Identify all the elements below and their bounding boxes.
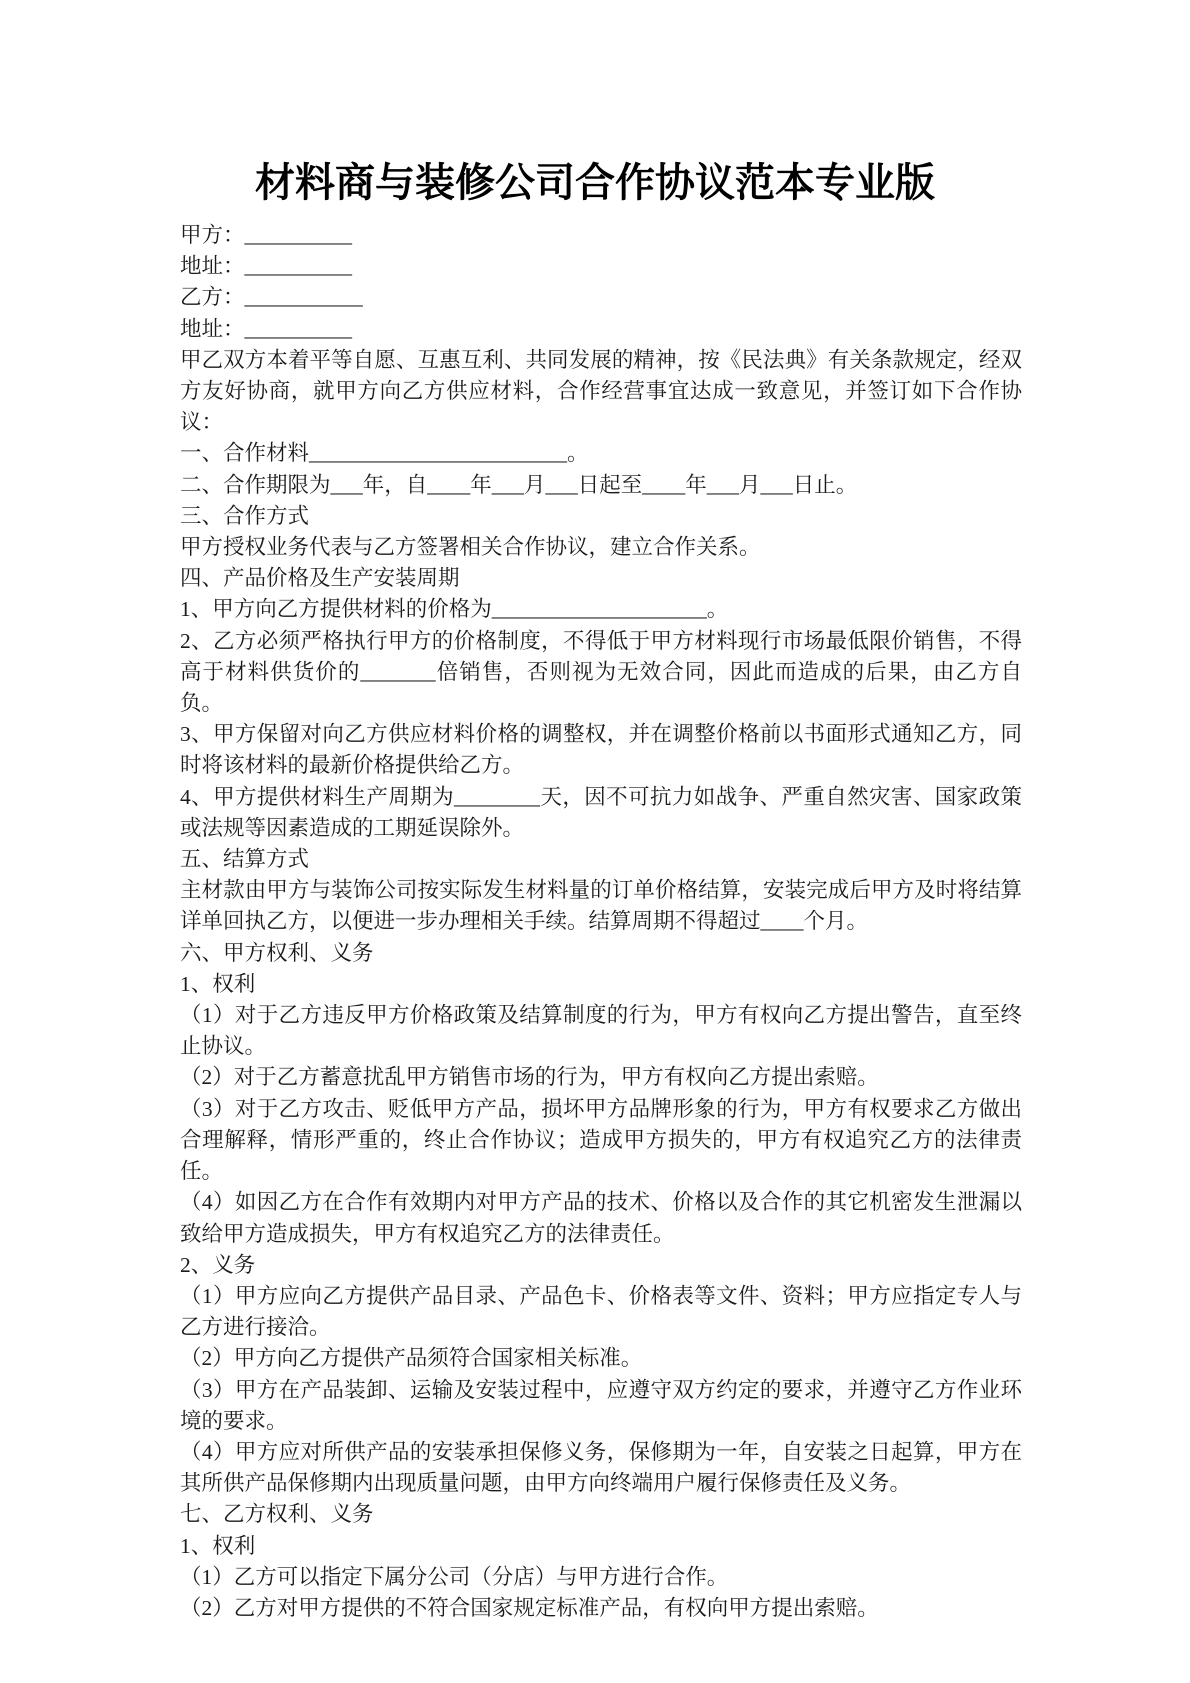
party-b-name-line: 乙方：___________: [180, 282, 1022, 313]
document-page: 材料商与装修公司合作协议范本专业版 甲方：__________ 地址：_____…: [0, 0, 1190, 1683]
clause-5-heading: 五、结算方式: [180, 844, 1022, 875]
clause-4-heading: 四、产品价格及生产安装周期: [180, 563, 1022, 594]
clause-2-term: 二、合作期限为___年，自____年___月___日起至____年___月___…: [180, 470, 1022, 501]
clause-6-duties-heading: 2、义务: [180, 1250, 1022, 1281]
clause-6-rights-item-3: （3）对于乙方攻击、贬低甲方产品，损坏甲方品牌形象的行为，甲方有权要求乙方做出合…: [180, 1094, 1022, 1188]
clause-5-text: 主材款由甲方与装饰公司按实际发生材料量的订单价格结算，安装完成后甲方及时将结算详…: [180, 875, 1022, 937]
clause-6-duties-item-4: （4）甲方应对所供产品的安装承担保修义务，保修期为一年，自安装之日起算，甲方在其…: [180, 1437, 1022, 1499]
clause-1-materials: 一、合作材料________________________。: [180, 438, 1022, 469]
clause-4-item-4: 4、甲方提供材料生产周期为________天，因不可抗力如战争、严重自然灾害、国…: [180, 782, 1022, 844]
clause-3-text: 甲方授权业务代表与乙方签署相关合作协议，建立合作关系。: [180, 532, 1022, 563]
preamble-paragraph: 甲乙双方本着平等自愿、互惠互利、共同发展的精神，按《民法典》有关条款规定，经双方…: [180, 345, 1022, 439]
clause-6-duties-item-1: （1）甲方应向乙方提供产品目录、产品色卡、价格表等文件、资料；甲方应指定专人与乙…: [180, 1281, 1022, 1343]
clause-4-item-2: 2、乙方必须严格执行甲方的价格制度，不得低于甲方材料现行市场最低限价销售，不得高…: [180, 626, 1022, 720]
clause-6-rights-item-2: （2）对于乙方蓄意扰乱甲方销售市场的行为，甲方有权向乙方提出索赔。: [180, 1062, 1022, 1093]
clause-7-rights-item-1: （1）乙方可以指定下属分公司（分店）与甲方进行合作。: [180, 1562, 1022, 1593]
clause-6-rights-item-4: （4）如因乙方在合作有效期内对甲方产品的技术、价格以及合作的其它机密发生泄漏以致…: [180, 1187, 1022, 1249]
party-a-address-line: 地址：__________: [180, 251, 1022, 282]
party-b-address-line: 地址：__________: [180, 314, 1022, 345]
party-a-name-line: 甲方：__________: [180, 220, 1022, 251]
clause-6-duties-item-2: （2）甲方向乙方提供产品须符合国家相关标准。: [180, 1343, 1022, 1374]
clause-4-item-1: 1、甲方向乙方提供材料的价格为____________________。: [180, 594, 1022, 625]
clause-4-item-3: 3、甲方保留对向乙方供应材料价格的调整权，并在调整价格前以书面形式通知乙方，同时…: [180, 719, 1022, 781]
clause-7-heading: 七、乙方权利、义务: [180, 1499, 1022, 1530]
clause-7-rights-item-2: （2）乙方对甲方提供的不符合国家规定标准产品，有权向甲方提出索赔。: [180, 1593, 1022, 1624]
document-body: 甲方：__________ 地址：__________ 乙方：_________…: [0, 208, 1190, 1624]
clause-6-rights-item-1: （1）对于乙方违反甲方价格政策及结算制度的行为，甲方有权向乙方提出警告，直至终止…: [180, 1000, 1022, 1062]
document-title: 材料商与装修公司合作协议范本专业版: [0, 0, 1190, 208]
clause-3-heading: 三、合作方式: [180, 501, 1022, 532]
clause-6-heading: 六、甲方权利、义务: [180, 938, 1022, 969]
clause-7-rights-heading: 1、权利: [180, 1531, 1022, 1562]
clause-6-rights-heading: 1、权利: [180, 969, 1022, 1000]
clause-6-duties-item-3: （3）甲方在产品装卸、运输及安装过程中，应遵守双方约定的要求，并遵守乙方作业环境…: [180, 1375, 1022, 1437]
